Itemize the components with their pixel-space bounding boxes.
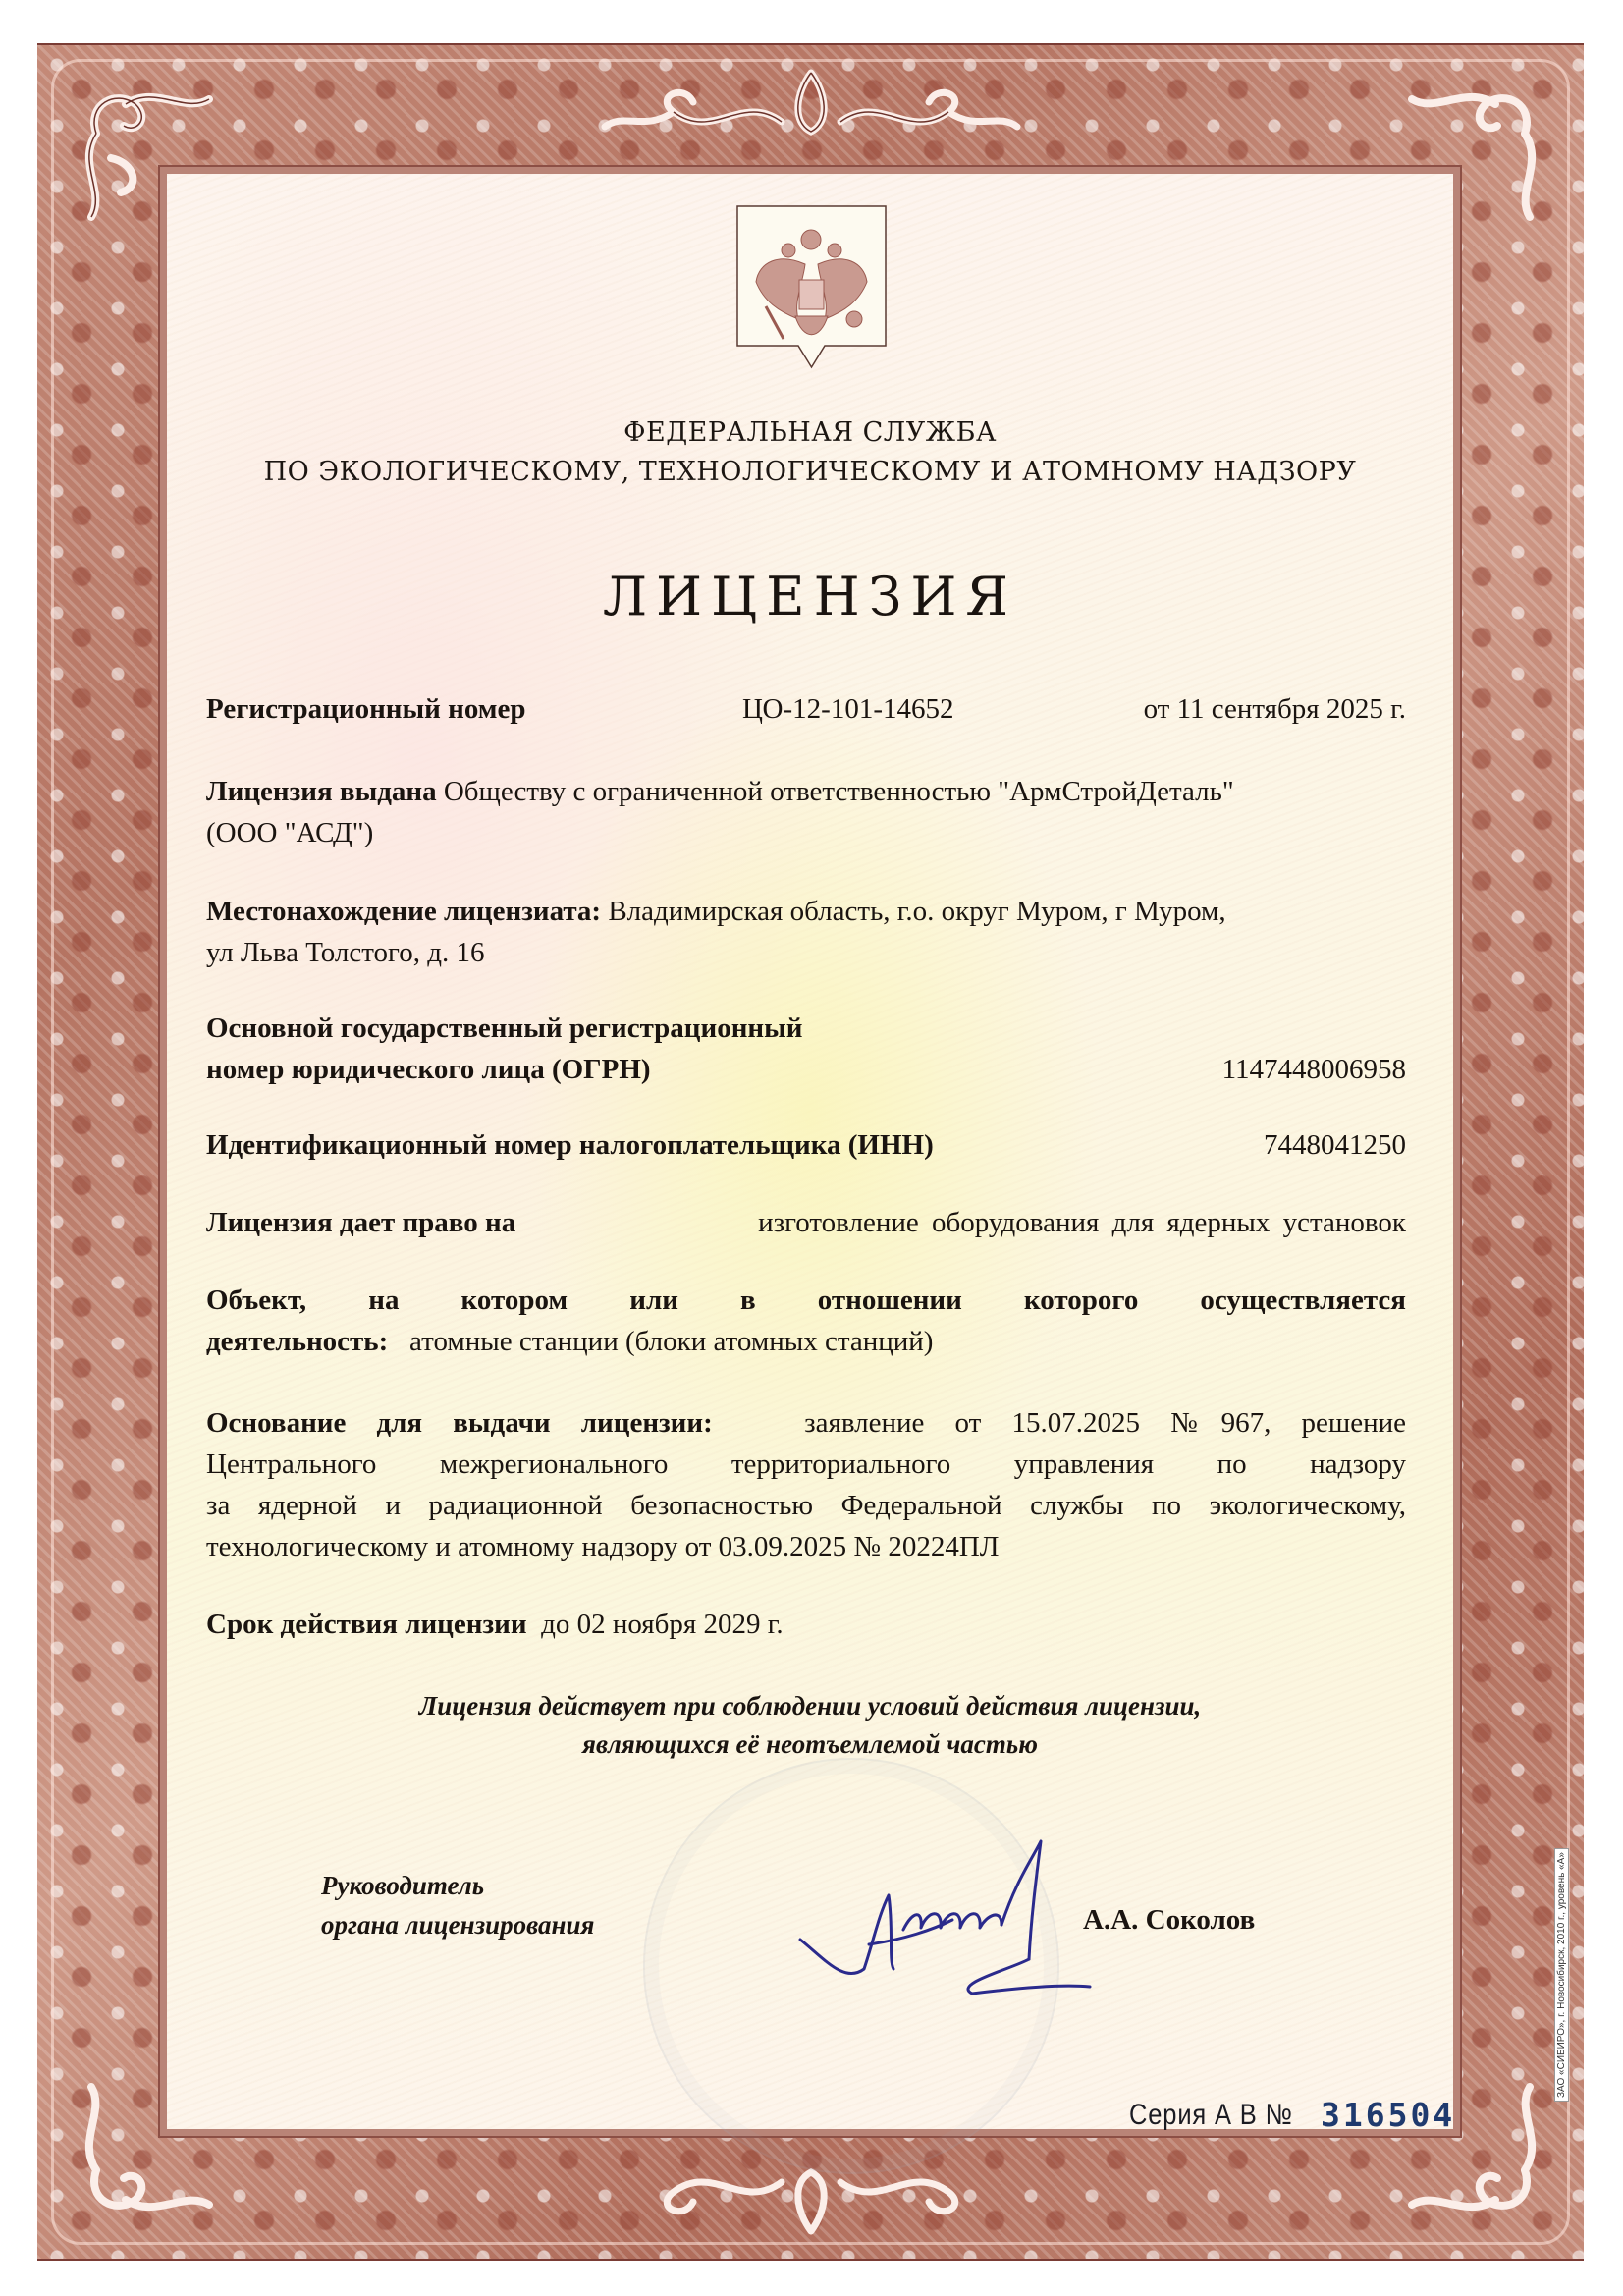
agency-name-line-2: ПО ЭКОЛОГИЧЕСКОМУ, ТЕХНОЛОГИЧЕСКОМУ И АТ…	[160, 457, 1460, 487]
issued-to-value: Обществу с ограниченной ответственностью…	[444, 776, 1234, 807]
validity-row: Срок действия лицензии до 02 ноября 2029…	[206, 1606, 1406, 1643]
ogrn-value: 1147448006958	[1222, 1051, 1406, 1088]
handwritten-signature-icon	[795, 1822, 1149, 2008]
location-value: Владимирская область, г.о. округ Муром, …	[608, 896, 1225, 927]
right-to-row: Лицензия дает право на изготовление обор…	[206, 1204, 1406, 1241]
location-value-2: ул Льва Толстого, д. 16	[206, 937, 485, 968]
basis-value-3: за ядерной и радиационной безопасностью …	[206, 1487, 1406, 1524]
issued-to-row: Лицензия выдана Обществу с ограниченной …	[206, 773, 1406, 810]
location-label: Местонахождение лицензиата:	[206, 896, 601, 927]
object-value: атомные станции (блоки атомных станций)	[409, 1326, 933, 1357]
object-row: деятельность: атомные станции (блоки ато…	[206, 1323, 1406, 1360]
signatory-position-line-2: органа лицензирования	[321, 1905, 594, 1944]
conditions-note-line-2: являющихся её неотъемлемой частью	[160, 1725, 1460, 1763]
signatory-position-line-1: Руководитель	[321, 1866, 594, 1905]
russian-coat-of-arms-icon	[734, 203, 889, 370]
signatory-position: Руководитель органа лицензирования	[321, 1866, 594, 1944]
inn-value: 7448041250	[1264, 1126, 1406, 1164]
object-label-line-1: Объект, на котором или в отношении котор…	[206, 1282, 1406, 1319]
basis-value-2: Центрального межрегионального территориа…	[206, 1446, 1406, 1483]
location-row: Местонахождение лицензиата: Владимирская…	[206, 893, 1406, 930]
validity-value: до 02 ноября 2029 г.	[541, 1609, 784, 1640]
registration-label: Регистрационный номер	[206, 690, 526, 728]
document-title: ЛИЦЕНЗИЯ	[160, 566, 1460, 628]
right-to-value: изготовление оборудования для ядерных ус…	[758, 1204, 1406, 1241]
series-number: 316504	[1321, 2096, 1455, 2134]
series-label: Серия А В №	[1129, 2099, 1293, 2132]
ogrn-row: номер юридического лица (ОГРН) 114744800…	[206, 1051, 1406, 1088]
ogrn-label-line-1: Основной государственный регистрационный	[206, 1010, 1406, 1047]
right-to-label: Лицензия дает право на	[206, 1207, 515, 1238]
issued-to-row-2: (ООО "АСД")	[206, 814, 1406, 851]
issued-to-short-name: (ООО "АСД")	[206, 817, 373, 848]
top-scroll-ornament-icon	[595, 53, 1027, 161]
conditions-note-line-1: Лицензия действует при соблюдении услови…	[160, 1687, 1460, 1724]
registration-number: ЦО-12-101-14652	[742, 690, 953, 728]
validity-label: Срок действия лицензии	[206, 1609, 527, 1640]
basis-row: Основание для выдачи лицензии: заявление…	[206, 1404, 1406, 1442]
ogrn-label: номер юридического лица (ОГРН)	[206, 1054, 651, 1085]
inn-label: Идентификационный номер налогоплательщик…	[206, 1129, 934, 1161]
registration-date: от 11 сентября 2025 г.	[1144, 690, 1406, 728]
agency-name-line-1: ФЕДЕРАЛЬНАЯ СЛУЖБА	[160, 417, 1460, 448]
basis-value-1: заявление от 15.07.2025 №967, решение	[804, 1407, 1406, 1439]
printer-imprint: ЗАО «СИБИРО», г. Новосибирск, 2010 г., у…	[1554, 1848, 1569, 2102]
basis-label: Основание для выдачи лицензии:	[206, 1407, 713, 1439]
issued-to-label: Лицензия выдана	[206, 776, 437, 807]
basis-value-4: технологическому и атомному надзору от 0…	[206, 1528, 1406, 1565]
location-row-2: ул Льва Толстого, д. 16	[206, 934, 1406, 971]
object-label: деятельность:	[206, 1326, 388, 1357]
inn-row: Идентификационный номер налогоплательщик…	[206, 1126, 1406, 1164]
